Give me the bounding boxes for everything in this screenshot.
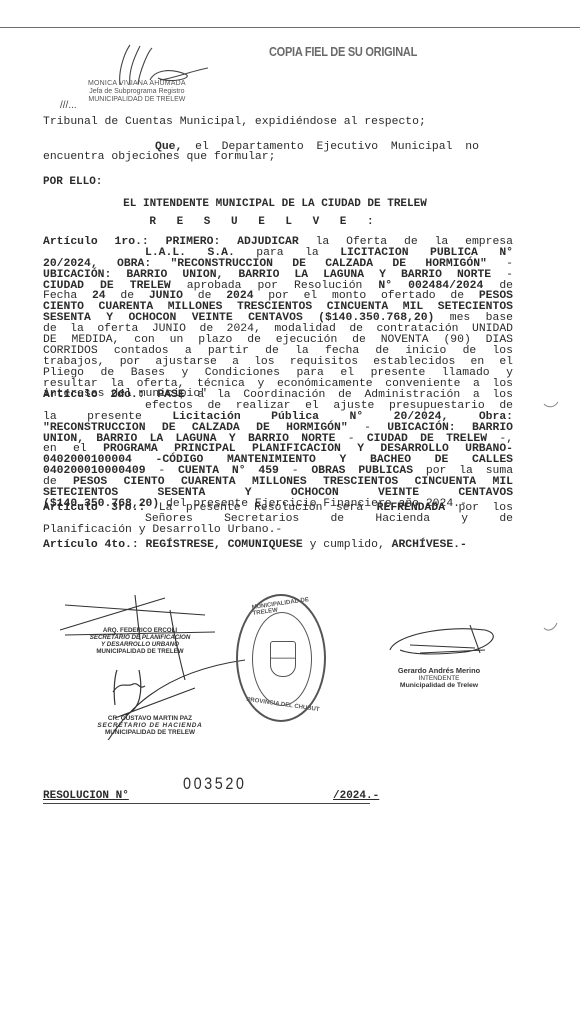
intendente-block: Gerardo Andrés Merino INTENDENTE Municip… xyxy=(383,667,495,690)
resolution-footer: RESOLUCION N° /2024.- xyxy=(43,790,378,802)
planificacion-org: MUNICIPALIDAD DE TRELEW xyxy=(80,649,200,656)
municipal-seal: MUNICIPALIDAD DE TRELEW PROVINCIA DEL CH… xyxy=(236,594,326,722)
certifier-org: MUNICIPALIDAD DE TRELEW xyxy=(88,96,186,104)
intendente-org: Municipalidad de Trelew xyxy=(383,682,495,690)
por-ello: POR ELLO: xyxy=(43,176,513,188)
que-line2: encuentra objeciones que formular; xyxy=(43,152,513,163)
hacienda-block: CR. GUSTAVO MARTIN PAZ SECRETARIO DE HAC… xyxy=(95,715,205,737)
page-top-edge xyxy=(0,27,580,28)
article-line: Planificación y Desarrollo Urbano.- xyxy=(43,525,513,536)
resolution-year: /2024.- xyxy=(333,790,379,802)
hacienda-role: SECRETARIO DE HACIENDA xyxy=(95,722,205,729)
hacienda-signature xyxy=(95,660,215,720)
margin-mark xyxy=(540,620,560,634)
certifier-role: Jefa de Subprograma Registro xyxy=(88,88,186,96)
article-label: Artículo 2do.: xyxy=(43,389,157,401)
intendente-name: Gerardo Andrés Merino xyxy=(383,667,495,675)
certifier-name: MONICA VIVIANA AHUMADA xyxy=(88,80,186,88)
certifier-block: MONICA VIVIANA AHUMADA Jefa de Subprogra… xyxy=(88,80,186,103)
article-3: Artículo 3ro.: La presente Resolución se… xyxy=(43,503,513,536)
certified-copy-stamp: COPIA FIEL DE SU ORIGINAL xyxy=(269,45,417,59)
resolution-label: RESOLUCION N° xyxy=(43,790,129,802)
resolution-underline xyxy=(43,803,370,804)
shield-emblem-icon xyxy=(270,641,296,677)
authority-heading: EL INTENDENTE MUNICIPAL DE LA CIUDAD DE … xyxy=(40,198,510,210)
intro-section: Tribunal de Cuentas Municipal, expidiénd… xyxy=(43,117,513,128)
seal-inner-ring xyxy=(252,612,312,706)
article-label: Artículo 4to.: xyxy=(43,539,146,551)
considerando: Que, el Departamento Ejecutivo Municipal… xyxy=(43,142,513,164)
margin-mark xyxy=(540,398,560,418)
hacienda-org: MUNICIPALIDAD DE TRELEW xyxy=(95,729,205,736)
article-label: Artículo 3ro.: xyxy=(43,502,159,514)
intendente-signature xyxy=(385,620,505,665)
intendente-role: INTENDENTE xyxy=(383,675,495,682)
article-2: Artículo 2do.: PASE a la Coordinación de… xyxy=(43,390,513,510)
intro-line: Tribunal de Cuentas Municipal, expidiénd… xyxy=(43,117,513,128)
resuelve-heading: R E S U E L V E : xyxy=(40,216,490,228)
article-1: Artículo 1ro.: PRIMERO: ADJUDICAR la Ofe… xyxy=(43,237,513,400)
article-line: Artículo 4to.: REGÍSTRESE, COMUNIQUESE y… xyxy=(43,540,513,551)
article-4: Artículo 4to.: REGÍSTRESE, COMUNIQUESE y… xyxy=(43,540,513,551)
continuation-mark: ///... xyxy=(60,100,77,111)
hacienda-name: CR. GUSTAVO MARTIN PAZ xyxy=(95,715,205,722)
planificacion-block: ARQ. FEDERICO ERCOLI SECRETARIO DE PLANI… xyxy=(80,628,200,656)
